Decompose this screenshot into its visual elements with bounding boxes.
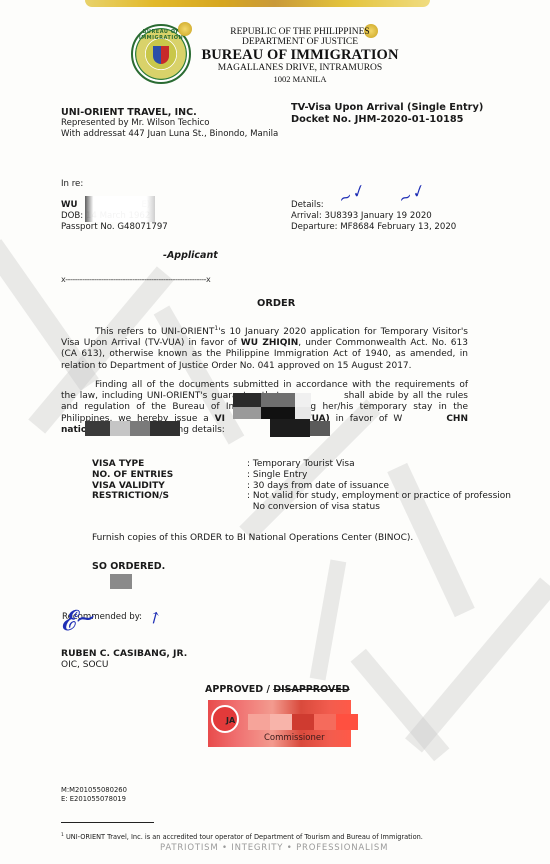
agent-representative: Represented by Mr. Wilson Techico: [61, 118, 278, 129]
case-title: TV-Visa Upon Arrival (Single Entry): [291, 102, 483, 114]
top-ornament-strip: [85, 0, 430, 7]
visa-details-table: VISA TYPE: Temporary Tourist Visa NO. OF…: [92, 459, 511, 513]
letterhead-agency: BUREAU OF IMMIGRATION: [200, 47, 400, 63]
letterhead-city: 1002 MANILA: [200, 74, 400, 85]
order-paragraph-1: This refers to UNI-ORIENT1's 10 January …: [61, 323, 468, 372]
stamp-title: Commissioner: [264, 733, 325, 743]
departure-detail: Departure: MF8684 February 13, 2020: [291, 222, 456, 233]
gold-seal-dot-icon: [178, 22, 192, 36]
reference-m: M:M201055080260: [61, 786, 127, 795]
arrival-detail: Arrival: 3U8393 January 19 2020: [291, 211, 456, 222]
visa-detail-row: VISA TYPE: Temporary Tourist Visa: [92, 459, 511, 470]
letterhead-address: MAGALLANES DRIVE, INTRAMUROS: [200, 63, 400, 74]
stamp-initials: JA: [226, 716, 235, 725]
watermark-stroke: [405, 577, 550, 752]
case-block: TV-Visa Upon Arrival (Single Entry) Dock…: [291, 102, 483, 126]
agent-company: UNI-ORIENT TRAVEL, INC.: [61, 107, 278, 118]
redaction-pixel-block: [150, 421, 180, 436]
stamp-redaction: [248, 714, 358, 730]
redaction-pixel-block: [295, 407, 311, 419]
details-label: Details:: [291, 200, 456, 211]
furnish-copies-text: Furnish copies of this ORDER to BI Natio…: [92, 533, 413, 544]
redaction-pixel-block: [261, 393, 295, 407]
redaction-pixel-block: [310, 421, 330, 436]
reference-codes: M:M201055080260 E: E201055078019: [61, 786, 127, 804]
applicant-role: -Applicant: [163, 250, 218, 261]
redaction-pixel-block: [233, 407, 261, 419]
recommender-signature-icon: 𝓔~: [58, 602, 100, 639]
visa-detail-row: No conversion of visa status: [92, 502, 511, 513]
redaction-pixel-block: [110, 421, 130, 436]
redaction-pixel-block: [130, 421, 150, 436]
footnote: 1 UNI-ORIENT Travel, Inc. is an accredit…: [61, 833, 423, 841]
visa-detail-row: VISA VALIDITY: 30 days from date of issu…: [92, 481, 511, 492]
redaction-pixel-block: [85, 421, 110, 436]
applicant-name: WU: [61, 200, 77, 210]
travel-details: Details: Arrival: 3U8393 January 19 2020…: [291, 200, 456, 233]
visa-detail-row: RESTRICTION/S: Not valid for study, empl…: [92, 491, 511, 502]
redaction-pixel-block: [110, 574, 132, 589]
recommender-title: OIC, SOCU: [61, 660, 108, 671]
redaction-pixel-block: [295, 393, 311, 407]
applicant-passport: Passport No. G48071797: [61, 222, 168, 233]
so-ordered-text: SO ORDERED.: [92, 561, 165, 572]
letterhead-republic: REPUBLIC OF THE PHILIPPINES: [200, 27, 400, 37]
section-divider: x---------------------------------------…: [61, 274, 210, 285]
redaction-pixel-block: [270, 419, 310, 437]
docket-number: Docket No. JHM-2020-01-10185: [291, 114, 483, 126]
letterhead: REPUBLIC OF THE PHILIPPINES DEPARTMENT O…: [200, 27, 400, 85]
approval-line: APPROVED / DISAPPROVED: [205, 684, 350, 695]
approved-label: APPROVED /: [205, 684, 273, 695]
motto: PATRIOTISM • INTEGRITY • PROFESSIONALISM: [160, 843, 388, 853]
coat-of-arms-icon: [153, 46, 169, 64]
redaction-pixel-block: [261, 407, 295, 419]
commissioner-stamp: JA Commissioner: [208, 700, 351, 747]
agent-block: UNI-ORIENT TRAVEL, INC. Represented by M…: [61, 107, 278, 140]
order-heading: ORDER: [257, 298, 295, 309]
watermark-stroke: [310, 560, 347, 681]
reference-e: E: E201055078019: [61, 795, 127, 804]
recommender-name: RUBEN C. CASIBANG, JR.: [61, 648, 187, 659]
footnote-rule: [61, 822, 154, 823]
watermark-stroke: [351, 649, 450, 761]
agent-address: With addressat 447 Juan Luna St., Binond…: [61, 129, 278, 140]
signature-stroke-icon: ↗: [144, 606, 165, 629]
letterhead-department: DEPARTMENT OF JUSTICE: [200, 37, 400, 47]
in-re-label: In re:: [61, 179, 83, 190]
beneficiary-name: WU ZHIQIN: [241, 338, 299, 348]
redaction-pixel-block: [233, 393, 261, 407]
disapproved-label: DISAPPROVED: [273, 684, 349, 695]
visa-detail-row: NO. OF ENTRIES: Single Entry: [92, 470, 511, 481]
redaction-block: [85, 196, 155, 222]
